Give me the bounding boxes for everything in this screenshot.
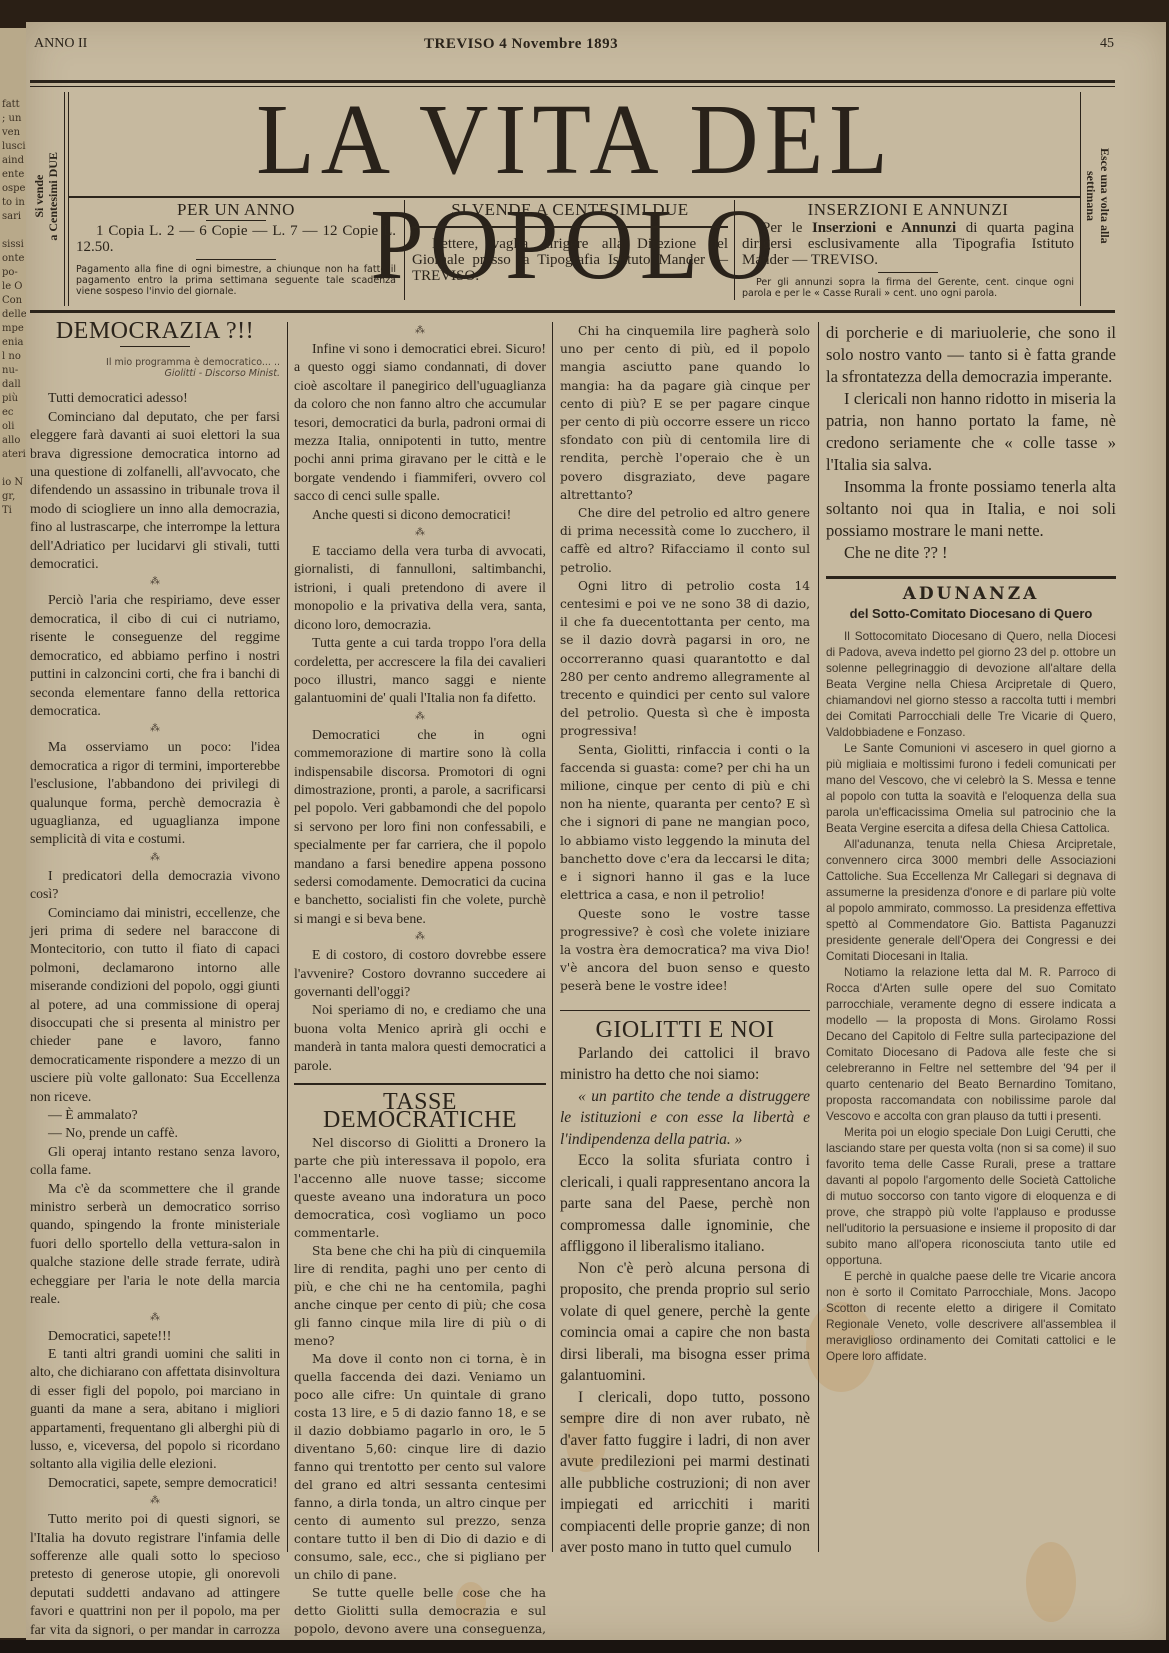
adjacent-text-fragment: ospe bbox=[0, 182, 26, 196]
epigraph: Il mio programma è democratico... ..Giol… bbox=[30, 357, 280, 379]
asterism: ⁂ bbox=[30, 1496, 280, 1506]
adjacent-text-fragment: ente bbox=[0, 168, 26, 182]
adjacent-page-text-fragments: fatt; unvenlusciaindenteospeto insari si… bbox=[0, 28, 26, 518]
column-3: Chi ha cinquemila lire pagherà solo uno … bbox=[560, 322, 810, 1559]
adjacent-text-fragment bbox=[0, 462, 26, 476]
adjacent-text-fragment: sari bbox=[0, 210, 26, 224]
adjacent-text-fragment: oli bbox=[0, 420, 26, 434]
divider bbox=[120, 346, 190, 347]
asterism: ⁂ bbox=[30, 1313, 280, 1323]
adjacent-text-fragment: le O bbox=[0, 280, 26, 294]
adjacent-text-fragment: gr, bbox=[0, 490, 26, 504]
subscription-box: PER UN ANNO 1 Copia L. 2 — 6 Copie — L. … bbox=[76, 200, 396, 300]
adjacent-text-fragment: lusci bbox=[0, 140, 26, 154]
masthead-rule bbox=[68, 196, 1080, 198]
column-1: DEMOCRAZIA ?!! Il mio programma è democr… bbox=[30, 322, 280, 1653]
adjacent-text-fragment: po- bbox=[0, 266, 26, 280]
adjacent-page-edge: fatt; unvenlusciaindenteospeto insari si… bbox=[0, 28, 29, 1638]
dateline: TREVISO 4 Novembre 1893 bbox=[424, 36, 618, 53]
adjacent-text-fragment: Con bbox=[0, 294, 26, 308]
scan-edge bbox=[0, 1640, 1169, 1653]
adjacent-text-fragment: dall bbox=[0, 378, 26, 392]
water-stain bbox=[1026, 1542, 1076, 1622]
adjacent-text-fragment: Ti bbox=[0, 504, 26, 518]
sale-heading: SI VENDE A CENTESIMI DUE bbox=[412, 200, 728, 220]
article-divider bbox=[826, 576, 1116, 579]
asterism: ⁂ bbox=[294, 528, 546, 538]
adjacent-text-fragment: allo bbox=[0, 434, 26, 448]
asterism: ⁂ bbox=[294, 712, 546, 722]
subscription-prices: 1 Copia L. 2 — 6 Copie — L. 7 — 12 Copie… bbox=[76, 223, 396, 255]
masthead-bottom-rule bbox=[30, 310, 1115, 313]
masthead-border bbox=[1080, 92, 1081, 306]
adjacent-text-fragment: l no bbox=[0, 350, 26, 364]
divider bbox=[196, 259, 276, 260]
article-title: DEMOCRAZIA ?!! bbox=[30, 322, 280, 340]
ads-box: INSERZIONI E ANNUNZI Per le Inserzioni e… bbox=[742, 200, 1074, 300]
sale-text: Lettere, vaglia dirigere alla Direzione … bbox=[412, 236, 728, 284]
column-2: ⁂ Infine vi sono i democratici ebrei. Si… bbox=[294, 322, 546, 1653]
sale-box: SI VENDE A CENTESIMI DUE Lettere, vaglia… bbox=[412, 200, 728, 300]
column-divider bbox=[552, 322, 553, 1552]
column-4: di porcherie e di mariuolerie, che sono … bbox=[826, 322, 1116, 1364]
adjacent-text-fragment: nu- bbox=[0, 364, 26, 378]
adjacent-text-fragment: onte bbox=[0, 252, 26, 266]
adjacent-text-fragment: delle bbox=[0, 308, 26, 322]
article-divider bbox=[294, 1083, 546, 1085]
subscription-heading: PER UN ANNO bbox=[76, 200, 396, 220]
adjacent-text-fragment: io N bbox=[0, 476, 26, 490]
adjacent-text-fragment: ven bbox=[0, 126, 26, 140]
article-title: ADUNANZA bbox=[826, 585, 1116, 603]
volume-label: ANNO II bbox=[34, 36, 87, 52]
adjacent-text-fragment: più bbox=[0, 392, 26, 406]
asterism: ⁂ bbox=[294, 326, 546, 336]
adjacent-text-fragment bbox=[0, 224, 26, 238]
ads-note: Per gli annunzi sopra la firma del Geren… bbox=[742, 277, 1074, 299]
adjacent-text-fragment: ; un bbox=[0, 112, 26, 126]
masthead-border bbox=[64, 92, 65, 306]
adjacent-text-fragment: ec bbox=[0, 406, 26, 420]
adjacent-text-fragment: mpe bbox=[0, 322, 26, 336]
article-subtitle: del Sotto-Comitato Diocesano di Quero bbox=[826, 605, 1116, 623]
ads-text: Per le Inserzioni e Annunzi di quarta pa… bbox=[742, 220, 1074, 268]
article-title: TASSE DEMOCRATICHE bbox=[294, 1093, 546, 1130]
adjacent-text-fragment: fatt bbox=[0, 98, 26, 112]
dateline-bar: ANNO II TREVISO 4 Novembre 1893 45 bbox=[34, 36, 1114, 58]
masthead-border bbox=[68, 92, 69, 306]
side-frequency-note: Esce una volta alla settimana bbox=[1082, 92, 1114, 300]
asterism: ⁂ bbox=[30, 724, 280, 734]
adjacent-text-fragment: sissi bbox=[0, 238, 26, 252]
adjacent-text-fragment: enia bbox=[0, 336, 26, 350]
column-divider bbox=[287, 322, 288, 1552]
page-number: 45 bbox=[1100, 36, 1114, 52]
asterism: ⁂ bbox=[30, 853, 280, 863]
ads-heading: INSERZIONI E ANNUNZI bbox=[742, 200, 1074, 220]
payment-note: Pagamento alla fine di ogni bimestre, a … bbox=[76, 264, 396, 297]
side-price-note: Si vende a Centesimi DUE bbox=[30, 92, 62, 300]
column-divider bbox=[818, 322, 819, 1552]
masthead: Si vende a Centesimi DUE LA VITA DEL POP… bbox=[30, 92, 1115, 314]
adjacent-text-fragment: ateri bbox=[0, 448, 26, 462]
box-divider bbox=[404, 200, 405, 300]
divider bbox=[412, 226, 728, 228]
asterism: ⁂ bbox=[294, 932, 546, 942]
ornament bbox=[878, 272, 938, 273]
adjacent-text-fragment: aind bbox=[0, 154, 26, 168]
ornament bbox=[206, 220, 266, 221]
asterism: ⁂ bbox=[30, 577, 280, 587]
adjacent-text-fragment: to in bbox=[0, 196, 26, 210]
box-divider bbox=[734, 200, 735, 300]
article-divider bbox=[560, 1010, 810, 1011]
article-title: GIOLITTI E NOI bbox=[560, 1021, 810, 1039]
